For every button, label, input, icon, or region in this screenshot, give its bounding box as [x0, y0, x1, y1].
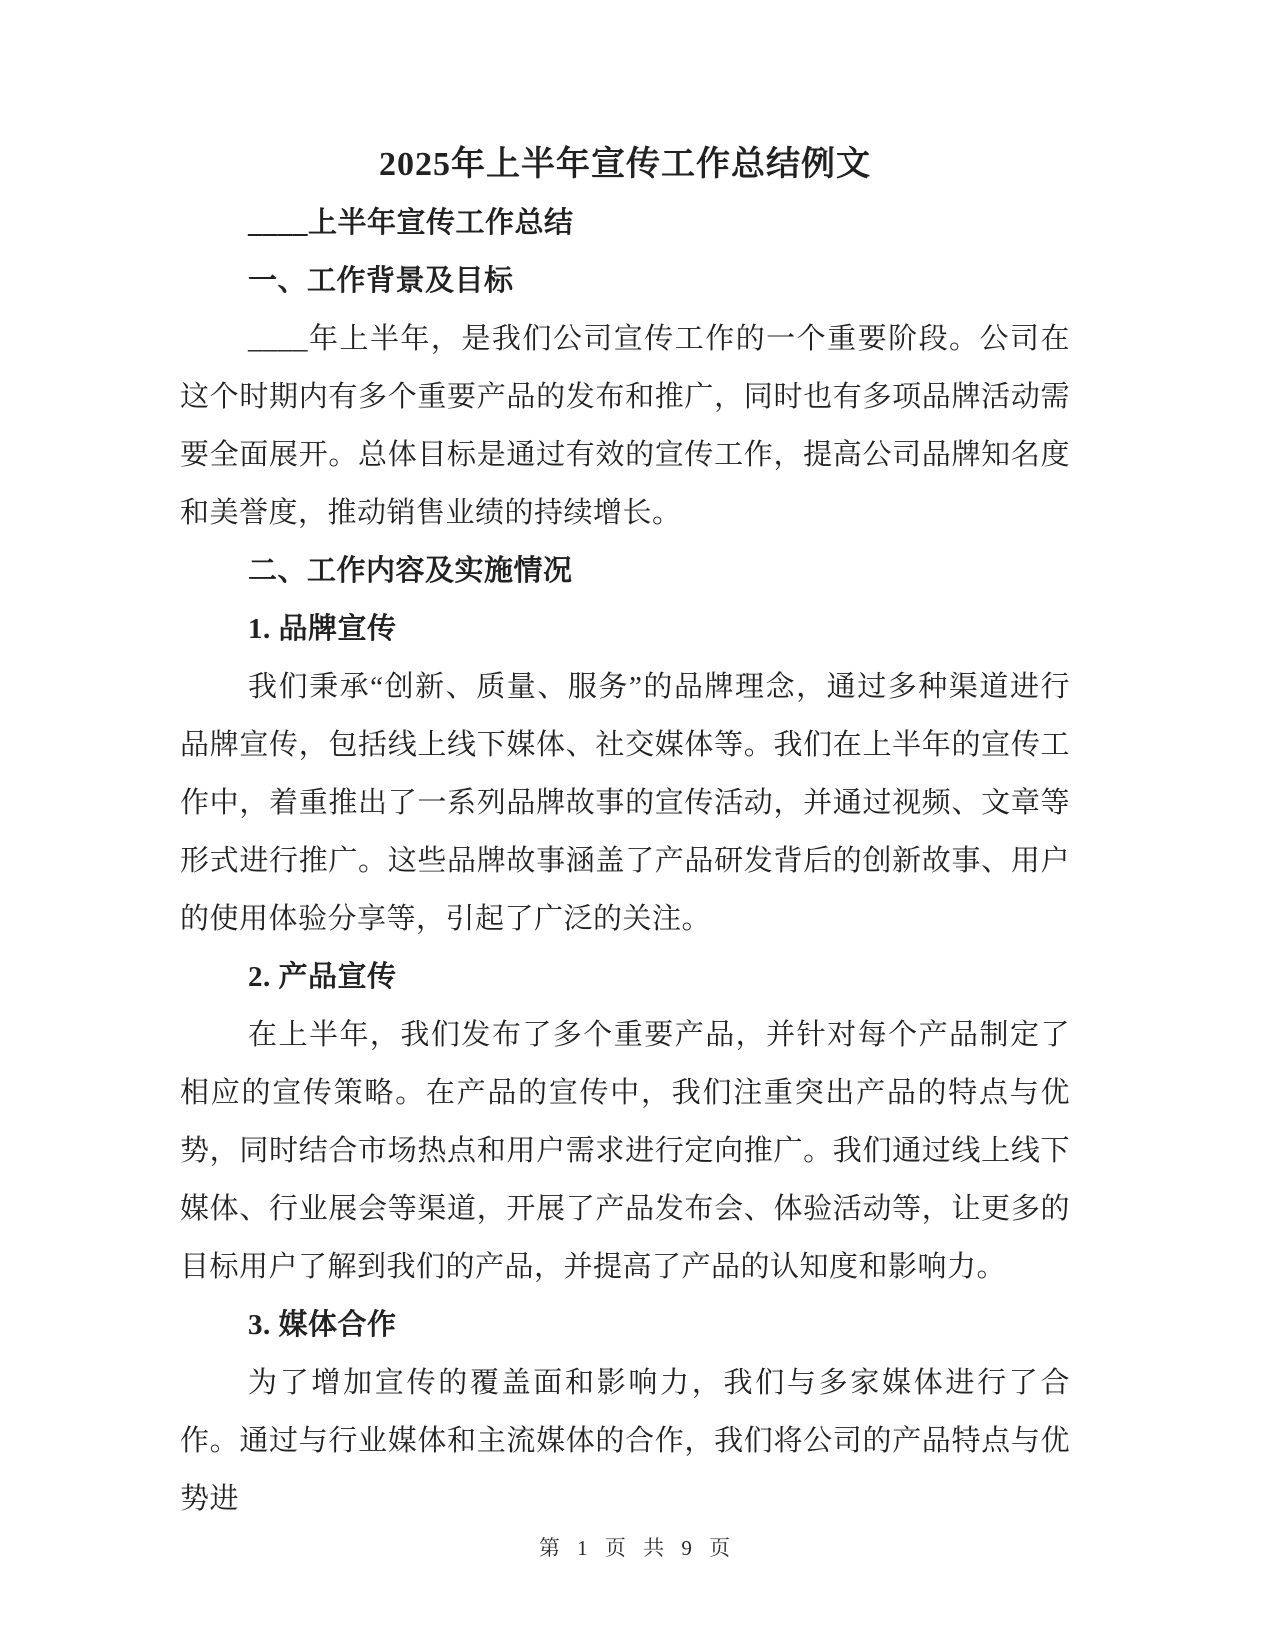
page-footer: 第 1 页 共 9 页	[0, 1528, 1275, 1568]
subsection-heading-media-cooperation: 3. 媒体合作	[180, 1296, 1070, 1354]
section-heading-work-content: 二、工作内容及实施情况	[180, 542, 1070, 600]
subsection-heading-product-promotion: 2. 产品宣传	[180, 948, 1070, 1006]
document-subtitle: ____上半年宣传工作总结	[180, 194, 1070, 252]
paragraph-background-goals: ____年上半年，是我们公司宣传工作的一个重要阶段。公司在这个时期内有多个重要产…	[180, 310, 1070, 542]
section-heading-background-goals: 一、工作背景及目标	[180, 252, 1070, 310]
paragraph-product-promotion: 在上半年，我们发布了多个重要产品，并针对每个产品制定了相应的宣传策略。在产品的宣…	[180, 1006, 1070, 1296]
document-content: 2025年上半年宣传工作总结例文 ____上半年宣传工作总结 一、工作背景及目标…	[180, 136, 1070, 1528]
document-title: 2025年上半年宣传工作总结例文	[180, 136, 1070, 194]
paragraph-media-cooperation: 为了增加宣传的覆盖面和影响力，我们与多家媒体进行了合作。通过与行业媒体和主流媒体…	[180, 1354, 1070, 1528]
paragraph-brand-promotion: 我们秉承“创新、质量、服务”的品牌理念，通过多种渠道进行品牌宣传，包括线上线下媒…	[180, 658, 1070, 948]
document-page: 2025年上半年宣传工作总结例文 ____上半年宣传工作总结 一、工作背景及目标…	[0, 0, 1275, 1650]
subsection-heading-brand-promotion: 1. 品牌宣传	[180, 600, 1070, 658]
